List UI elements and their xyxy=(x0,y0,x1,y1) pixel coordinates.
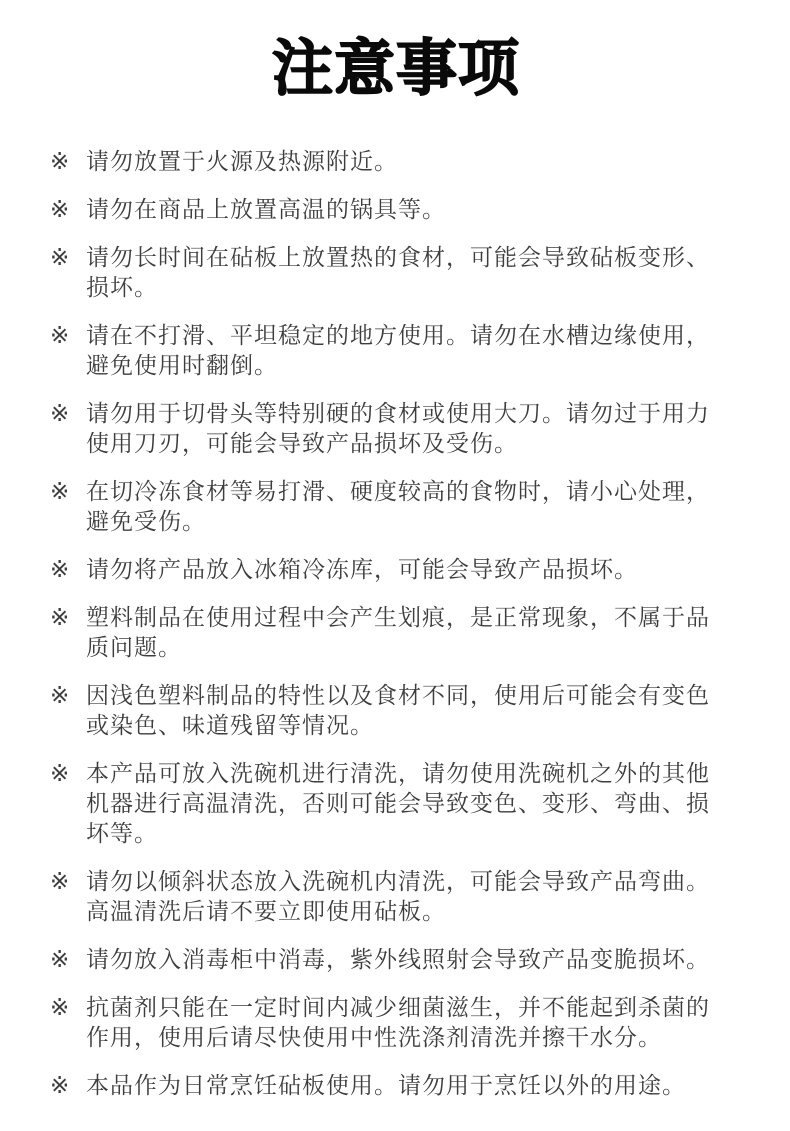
notice-text: 请在不打滑、平坦稳定的地方使用。请勿在水槽边缘使用， 避免使用时翻倒。 xyxy=(86,320,742,380)
notice-item: ※ 塑料制品在使用过程中会产生划痕，是正常现象，不属于品 质问题。 xyxy=(50,602,742,662)
notice-text: 请勿放置于火源及热源附近。 xyxy=(86,146,742,176)
reference-mark-icon: ※ xyxy=(50,1070,74,1100)
notice-text: 因浅色塑料制品的特性以及食材不同，使用后可能会有变色 或染色、味道残留等情况。 xyxy=(86,680,742,740)
reference-mark-icon: ※ xyxy=(50,680,74,710)
reference-mark-icon: ※ xyxy=(50,992,74,1022)
reference-mark-icon: ※ xyxy=(50,758,74,788)
notice-text: 请勿用于切骨头等特别硬的食材或使用大刀。请勿过于用力 使用刀刃，可能会导致产品损… xyxy=(86,398,742,458)
notice-item: ※ 本品作为日常烹饪砧板使用。请勿用于烹饪以外的用途。 xyxy=(50,1070,742,1100)
notice-item: ※ 请勿在商品上放置高温的锅具等。 xyxy=(50,194,742,224)
notice-text: 请勿将产品放入冰箱冷冻库，可能会导致产品损坏。 xyxy=(86,554,742,584)
reference-mark-icon: ※ xyxy=(50,554,74,584)
notice-text: 在切冷冻食材等易打滑、硬度较高的食物时，请小心处理， 避免受伤。 xyxy=(86,476,742,536)
notice-item: ※ 抗菌剂只能在一定时间内减少细菌滋生，并不能起到杀菌的 作用，使用后请尽快使用… xyxy=(50,992,742,1052)
notice-text: 本产品可放入洗碗机进行清洗，请勿使用洗碗机之外的其他 机器进行高温清洗，否则可能… xyxy=(86,758,742,848)
reference-mark-icon: ※ xyxy=(50,398,74,428)
reference-mark-icon: ※ xyxy=(50,194,74,224)
notice-text: 请勿长时间在砧板上放置热的食材，可能会导致砧板变形、 损坏。 xyxy=(86,242,742,302)
notice-item: ※ 请勿放置于火源及热源附近。 xyxy=(50,146,742,176)
notice-item: ※ 请勿用于切骨头等特别硬的食材或使用大刀。请勿过于用力 使用刀刃，可能会导致产… xyxy=(50,398,742,458)
reference-mark-icon: ※ xyxy=(50,944,74,974)
notice-text: 请勿在商品上放置高温的锅具等。 xyxy=(86,194,742,224)
notice-item: ※ 请勿将产品放入冰箱冷冻库，可能会导致产品损坏。 xyxy=(50,554,742,584)
notice-sheet: 注意事项 ※ 请勿放置于火源及热源附近。 ※ 请勿在商品上放置高温的锅具等。 ※… xyxy=(0,0,790,1131)
notice-text: 请勿放入消毒柜中消毒，紫外线照射会导致产品变脆损坏。 xyxy=(86,944,742,974)
notice-item: ※ 请勿以倾斜状态放入洗碗机内清洗，可能会导致产品弯曲。 高温清洗后请不要立即使… xyxy=(50,866,742,926)
reference-mark-icon: ※ xyxy=(50,602,74,632)
notice-item: ※ 请勿长时间在砧板上放置热的食材，可能会导致砧板变形、 损坏。 xyxy=(50,242,742,302)
notice-text: 请勿以倾斜状态放入洗碗机内清洗，可能会导致产品弯曲。 高温清洗后请不要立即使用砧… xyxy=(86,866,742,926)
reference-mark-icon: ※ xyxy=(50,146,74,176)
reference-mark-icon: ※ xyxy=(50,476,74,506)
notice-text: 本品作为日常烹饪砧板使用。请勿用于烹饪以外的用途。 xyxy=(86,1070,742,1100)
notice-item: ※ 在切冷冻食材等易打滑、硬度较高的食物时，请小心处理， 避免受伤。 xyxy=(50,476,742,536)
page-title: 注意事项 xyxy=(50,32,742,104)
notice-item: ※ 因浅色塑料制品的特性以及食材不同，使用后可能会有变色 或染色、味道残留等情况… xyxy=(50,680,742,740)
notice-list: ※ 请勿放置于火源及热源附近。 ※ 请勿在商品上放置高温的锅具等。 ※ 请勿长时… xyxy=(50,146,742,1100)
reference-mark-icon: ※ xyxy=(50,320,74,350)
notice-item: ※ 请在不打滑、平坦稳定的地方使用。请勿在水槽边缘使用， 避免使用时翻倒。 xyxy=(50,320,742,380)
notice-text: 塑料制品在使用过程中会产生划痕，是正常现象，不属于品 质问题。 xyxy=(86,602,742,662)
reference-mark-icon: ※ xyxy=(50,242,74,272)
notice-text: 抗菌剂只能在一定时间内减少细菌滋生，并不能起到杀菌的 作用，使用后请尽快使用中性… xyxy=(86,992,742,1052)
reference-mark-icon: ※ xyxy=(50,866,74,896)
notice-item: ※ 本产品可放入洗碗机进行清洗，请勿使用洗碗机之外的其他 机器进行高温清洗，否则… xyxy=(50,758,742,848)
notice-item: ※ 请勿放入消毒柜中消毒，紫外线照射会导致产品变脆损坏。 xyxy=(50,944,742,974)
